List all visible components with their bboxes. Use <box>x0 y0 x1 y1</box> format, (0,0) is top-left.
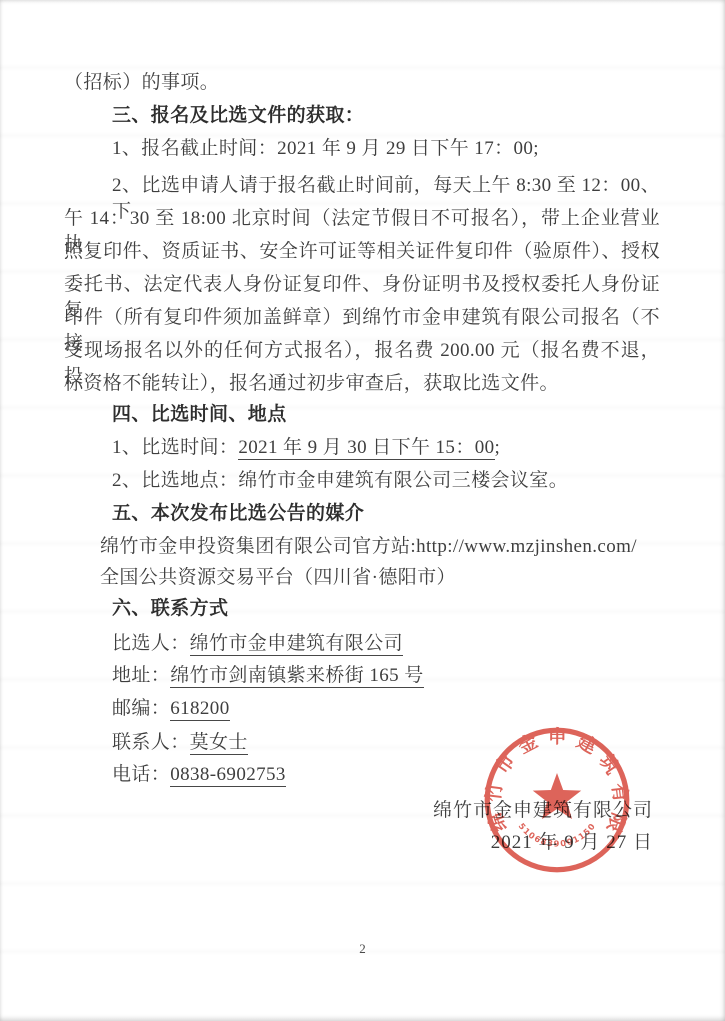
postcode-line: 邮编：618200 <box>112 696 230 722</box>
address-line: 地址：绵竹市剑南镇紫来桥街 165 号 <box>112 663 424 689</box>
line-label: 联系人： <box>112 732 190 753</box>
media-platform-line: 全国公共资源交易平台（四川省·德阳市） <box>100 565 456 591</box>
section-3-heading: 三、报名及比选文件的获取： <box>112 103 364 129</box>
media-website-line: 绵竹市金申投资集团有限公司官方站:http://www.mzjinshen.co… <box>100 534 637 560</box>
underlined-value: 绵竹市金申建筑有限公司 <box>190 633 403 656</box>
line-label: 邮编： <box>112 698 170 719</box>
application-line-7: 标资格不能转让），报名通过初步审查后，获取比选文件。 <box>64 371 559 397</box>
selector-line: 比选人：绵竹市金申建筑有限公司 <box>112 631 403 657</box>
application-line-3: 照复印件、资质证书、安全许可证等相关证件复印件（验原件）、授权 <box>64 239 660 265</box>
intro-line: （招标）的事项。 <box>64 70 219 96</box>
line-label: 地址： <box>112 665 170 686</box>
line-label: 电话： <box>112 764 170 785</box>
selection-place-line: 2、比选地点：绵竹市金申建筑有限公司三楼会议室。 <box>112 468 568 494</box>
selection-time-line: 1、比选时间：2021 年 9 月 30 日下午 15：00; <box>112 435 500 461</box>
line-label: 比选人： <box>112 633 190 654</box>
underlined-value: 2021 年 9 月 30 日下午 15：00 <box>238 437 494 460</box>
section-6-heading: 六、联系方式 <box>112 596 228 622</box>
underlined-value: 莫女士 <box>190 732 248 755</box>
deadline-line: 1、报名截止时间：2021 年 9 月 29 日下午 17：00; <box>112 136 539 162</box>
document-page: （招标）的事项。三、报名及比选文件的获取：1、报名截止时间：2021 年 9 月… <box>0 0 725 1021</box>
signature-company: 绵竹市金申建筑有限公司 <box>433 795 653 822</box>
document-body: （招标）的事项。三、报名及比选文件的获取：1、报名截止时间：2021 年 9 月… <box>0 0 725 1021</box>
line-suffix: ; <box>495 437 501 458</box>
signature-date: 2021 年 9 月 27 日 <box>491 827 653 854</box>
section-4-heading: 四、比选时间、地点 <box>112 402 287 428</box>
underlined-value: 618200 <box>170 698 229 721</box>
line-label: 1、比选时间： <box>112 437 238 458</box>
page-number: 2 <box>0 941 725 957</box>
section-5-heading: 五、本次发布比选公告的媒介 <box>112 501 364 527</box>
underlined-value: 0838-6902753 <box>170 764 286 787</box>
underlined-value: 绵竹市剑南镇紫来桥街 165 号 <box>170 665 423 688</box>
contact-person-line: 联系人：莫女士 <box>112 730 248 756</box>
phone-line: 电话：0838-6902753 <box>112 762 286 788</box>
